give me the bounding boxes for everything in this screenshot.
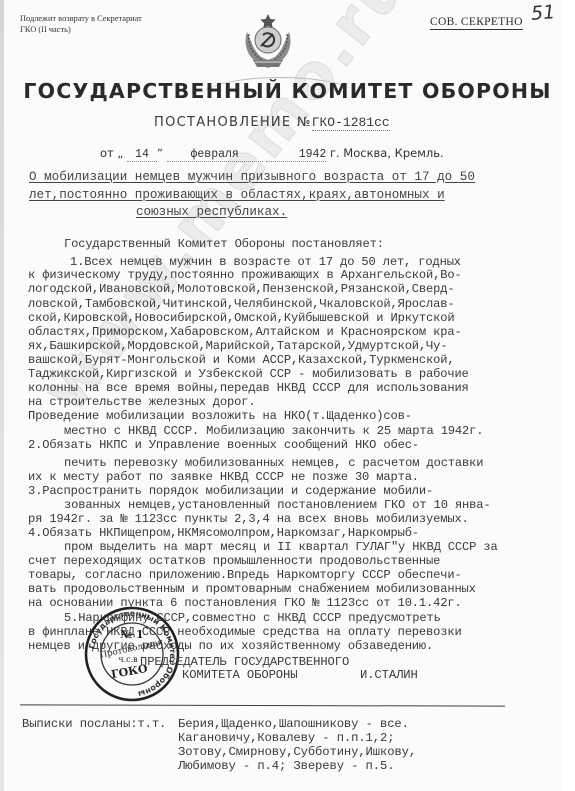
decree-label: ПОСТАНОВЛЕНИЕ № [154,115,312,130]
decree-title-line: лет,постоянно проживающих в областях,кра… [29,188,445,202]
classification-label: СОВ. СЕКРЕТНО [430,16,523,30]
decree-body-line: пром выделить на март месяц и II квартал… [64,540,498,554]
ussr-coat-of-arms-icon [239,10,297,72]
signatory-name: И.СТАЛИН [360,668,418,682]
decree-body-line: к физическому труду,постоянно проживающи… [28,268,462,282]
decree-body-line: вать продовольственным и промтоварным сн… [28,582,476,596]
decree-body-line: логодской,Ивановской,Молотовской,Пензенс… [28,282,454,296]
distribution-line: Любимову - п.4; Звереву - п.5. [178,759,394,773]
decree-body-line: ской,Кировской,Новосибирской,Омской,Куйб… [28,311,454,325]
date-year: 1942 [266,148,326,162]
divider-rule [20,704,505,706]
date-quote: “ [157,146,163,160]
decree-title-line: О мобилизации немцев мужчин призывного в… [29,170,475,184]
decree-preamble: Государственный Комитет Обороны постанов… [64,237,384,251]
date-month: февраля [167,148,263,162]
decree-number: ГКО-1281сс [312,115,390,131]
decree-heading: ПОСТАНОВЛЕНИЕ №ГКО-1281сс [154,115,390,130]
date-line: от „ 14“ февраля 1942 г. Москва, Кремль. [100,146,444,162]
archive-page-number: 51 [530,1,556,25]
decree-body-line: печить перевозку мобилизованных немцев, … [64,456,483,470]
decree-title-line: союзных республиках. [136,205,287,219]
decree-body-line: 2.Обязать НКПС и Управление военных сооб… [28,438,419,452]
stamp-code: ч.с.в [118,655,138,664]
decree-body-line: вашской,Бурят-Монгольской и Коми АССР,Ка… [28,353,454,367]
decree-body-line: на строительстве железных дорог. [28,395,255,409]
return-note-line: Подлежит возврату в Секретариат [20,13,142,24]
distribution-line: Берия,Щаденко,Шапошникову - все. [178,717,409,731]
decree-body-line: зованных немцев,установленный постановле… [64,498,490,512]
distribution-line: Зотову,Смирнову,Субботину,Ишкову, [178,745,416,759]
decree-body-line: ря 1942г. за № 1123сс пункты 2,3,4 на вс… [28,512,469,526]
distribution-label: Выписки посланы:т.т. [22,717,166,731]
document-page: www.memo.ru Подлежит возврату в Секретар… [0,0,575,791]
decree-body-line: 4.Обязать НКПищепром,НКМясомолпром,Нарко… [28,526,419,540]
decree-body-line: областях,Приморском,Хабаровском,Алтайско… [28,325,462,339]
date-prefix: от „ [100,146,123,160]
decree-body-line: ловской,Тамбовской,Читинской,Челябинской… [28,297,454,311]
decree-body-line: счет переходящих остатков промышленности… [28,554,440,568]
decree-body-line: Таджикской,Киргизской и Узбекской ССР - … [28,367,469,381]
decree-body-line: колонны на все время войны,передав НКВД … [28,381,469,395]
decree-body-line: Проведение мобилизации возложить на НКО(… [28,409,412,423]
return-note: Подлежит возврату в Секретариат ГКО (II … [20,13,142,35]
date-place: г. Москва, Кремль. [330,146,444,160]
decree-body-line: ях,Башкирской,Мордовской,Марийской,Татар… [28,339,447,353]
organization-title: ГОСУДАРСТВЕННЫЙ КОМИТЕТ ОБОРОНЫ [0,79,575,103]
decree-body-line: их к месту работ по заявке НКВД СССР не … [28,470,419,484]
decree-body-line: местно с НКВД СССР. Мобилизацию закончит… [64,424,483,438]
return-note-line: ГКО (II часть) [20,24,142,35]
date-day: 14 [127,148,157,162]
stamp-number: № 1 [120,628,143,641]
distribution-line: Кагановичу,Ковалеву - п.п.1,2; [178,731,394,745]
decree-body-line: 1.Всех немцев мужчин в возрасте от 17 до… [70,255,461,269]
decree-body-line: 3.Распространить порядок мобилизации и с… [28,484,433,498]
signatory-title-line1: ПРЕДСЕДАТЕЛЬ ГОСУДАРСТВЕННОГО [140,655,349,669]
decree-body-line: товары, согласно приложению.Впредь Нарко… [28,568,462,582]
signatory-title-line2: КОМИТЕТА ОБОРОНЫ [182,668,297,682]
official-seal-stamp: Государственный Комитет Обороны № 1 Прот… [82,604,182,704]
